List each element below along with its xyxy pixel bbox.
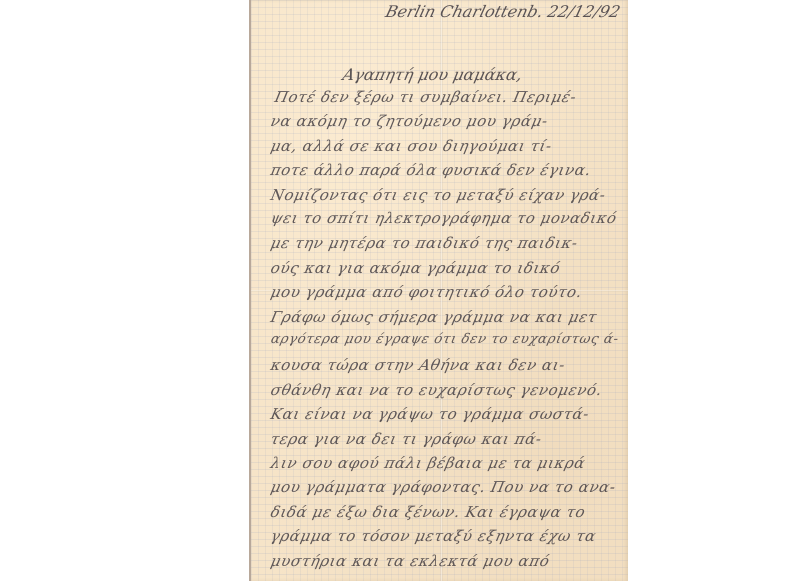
letter-line: ψει το σπίτι ηλεκτρογράφημα το μοναδικό (269, 210, 618, 227)
letter-line: να ακόμη το ζητούμενο μου γράμ- (269, 112, 550, 130)
letter-line: ποτε άλλο παρά όλα φυσικά δεν έγινα. (269, 161, 593, 179)
letter-salutation: Αγαπητή μου μαμάκα, (341, 65, 524, 84)
letter-line: γράμμα το τόσον μεταξύ εξηντα έχω τα (269, 527, 598, 545)
letter-line: σθάνθη και να το ευχαρίστως γενομενό. (269, 381, 604, 399)
letter-line: μυστήρια και τα εκλεκτά μου από (269, 552, 551, 570)
letter-line: Και είναι να γράψω το γράμμα σωστά- (269, 405, 591, 423)
letter-page: Berlin Charlottenb. 22/12/92 Αγαπητή μου… (249, 0, 628, 581)
letter-line: διδά με έξω δια ξένων. Και έγραψα το (269, 503, 587, 521)
letter-line: ούς και για ακόμα γράμμα το ιδικό (269, 259, 562, 277)
letter-line: τερα για να δει τι γράφω και πά- (269, 430, 544, 448)
letter-line: μου γράμμα από φοιτητικό όλο τούτο. (269, 283, 584, 301)
letter-header-place-date: Berlin Charlottenb. 22/12/92 (384, 2, 623, 21)
letter-line: λιν σου αφού πάλι βέβαια με τα μικρά (269, 454, 587, 472)
letter-line: Ποτέ δεν ξέρω τι συμβαίνει. Περιμέ- (273, 88, 578, 106)
letter-line: Νομίζοντας ότι εις το μεταξύ είχαν γρά- (269, 186, 607, 204)
letter-line: αργότερα μου έγραψε ότι δεν το ευχαρίστω… (269, 332, 620, 347)
letter-line: κουσα τώρα στην Αθήνα και δεν αι- (269, 356, 567, 374)
letter-line: Γράφω όμως σήμερα γράμμα να και μετ (269, 308, 599, 326)
letter-line: μου γράμματα γράφοντας. Που να το ανα- (269, 478, 618, 496)
letter-line: με την μητέρα το παιδικό της παιδικ- (269, 234, 580, 252)
letter-line: μα, αλλά σε και σου διηγούμαι τί- (269, 137, 554, 155)
